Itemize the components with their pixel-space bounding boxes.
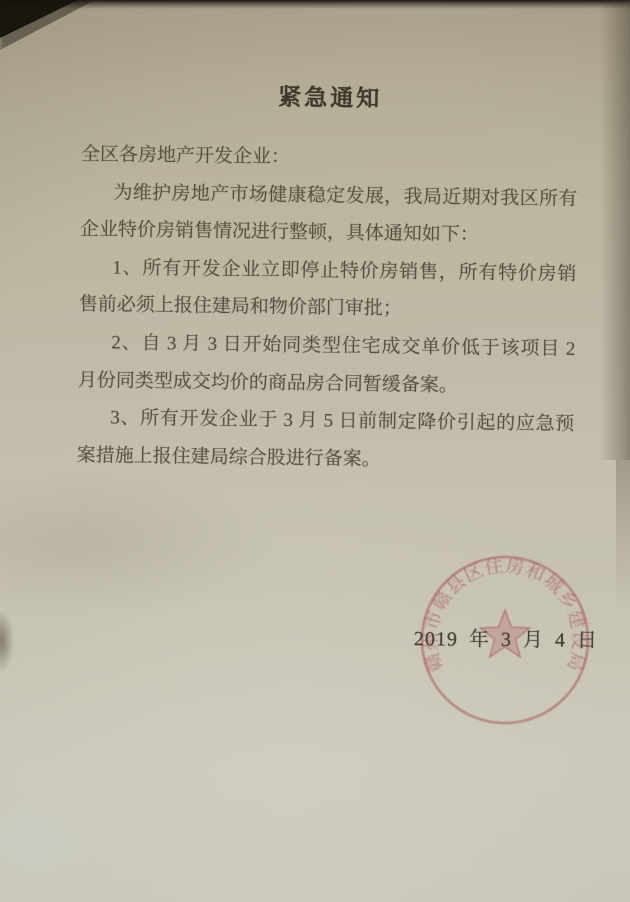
right-edge-shadow bbox=[600, 0, 630, 460]
left-middle-shading bbox=[0, 470, 280, 620]
top-left-corner-shadow-soft bbox=[0, 0, 120, 70]
notice-title: 紧急通知 bbox=[82, 80, 579, 117]
item2-line-1: 2、自 3 月 3 日开始同类型住宅成交单价低于该项目 2 bbox=[78, 324, 575, 369]
date-stamp: 2019 年 3 月 4 日 bbox=[414, 622, 604, 653]
item3-line-1: 3、所有开发企业于 3 月 5 日前制定降价引起的应急预 bbox=[77, 399, 574, 444]
photographed-notice-document: 紧急通知 全区各房地产开发企业： 为维护房地产市场健康稳定发展，我局近期对我区所… bbox=[0, 0, 630, 902]
right-edge-shadow-fade bbox=[600, 460, 630, 610]
top-left-corner-background bbox=[0, 0, 110, 60]
top-edge-background-strip bbox=[0, 0, 630, 9]
item3-line-2: 案措施上报住建局综合股进行备案。 bbox=[76, 437, 573, 482]
left-edge-fold-mark bbox=[0, 610, 14, 672]
notice-body: 紧急通知 全区各房地产开发企业： 为维护房地产市场健康稳定发展，我局近期对我区所… bbox=[76, 80, 578, 481]
bottom-left-light-patch bbox=[0, 795, 100, 885]
salutation-line: 全区各房地产开发企业： bbox=[81, 136, 578, 181]
